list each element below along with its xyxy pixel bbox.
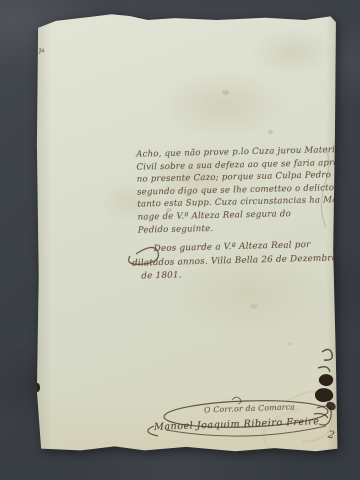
signature-name: Manoel Joaquim Ribeiro Freire [154,416,320,433]
foxing-spot [288,342,293,346]
corner-annotation: Ja [39,48,46,55]
ink-blot [317,372,334,388]
paper-sheet: Ja Acho, que não prove p.lo Cuza jurou M… [36,12,338,453]
manuscript-page: Ja Acho, que não prove p.lo Cuza jurou M… [36,12,338,453]
photo-of-manuscript: Ja Acho, que não prove p.lo Cuza jurou M… [0,0,360,480]
ink-blot [325,400,338,412]
foxing-spot [250,304,258,309]
foxing-spot [222,90,229,95]
body-paragraph: Acho, que não prove p.lo Cuza jurou Mate… [136,143,360,236]
closing-block: Deos guarde a V.ª Alteza Real por dilata… [132,238,338,284]
foxing-spot [268,130,273,134]
signature-office-line: O Corr.or da Comarca [204,402,295,414]
paper-tear-notch [35,383,40,392]
edge-annotation: 2 [327,429,336,441]
